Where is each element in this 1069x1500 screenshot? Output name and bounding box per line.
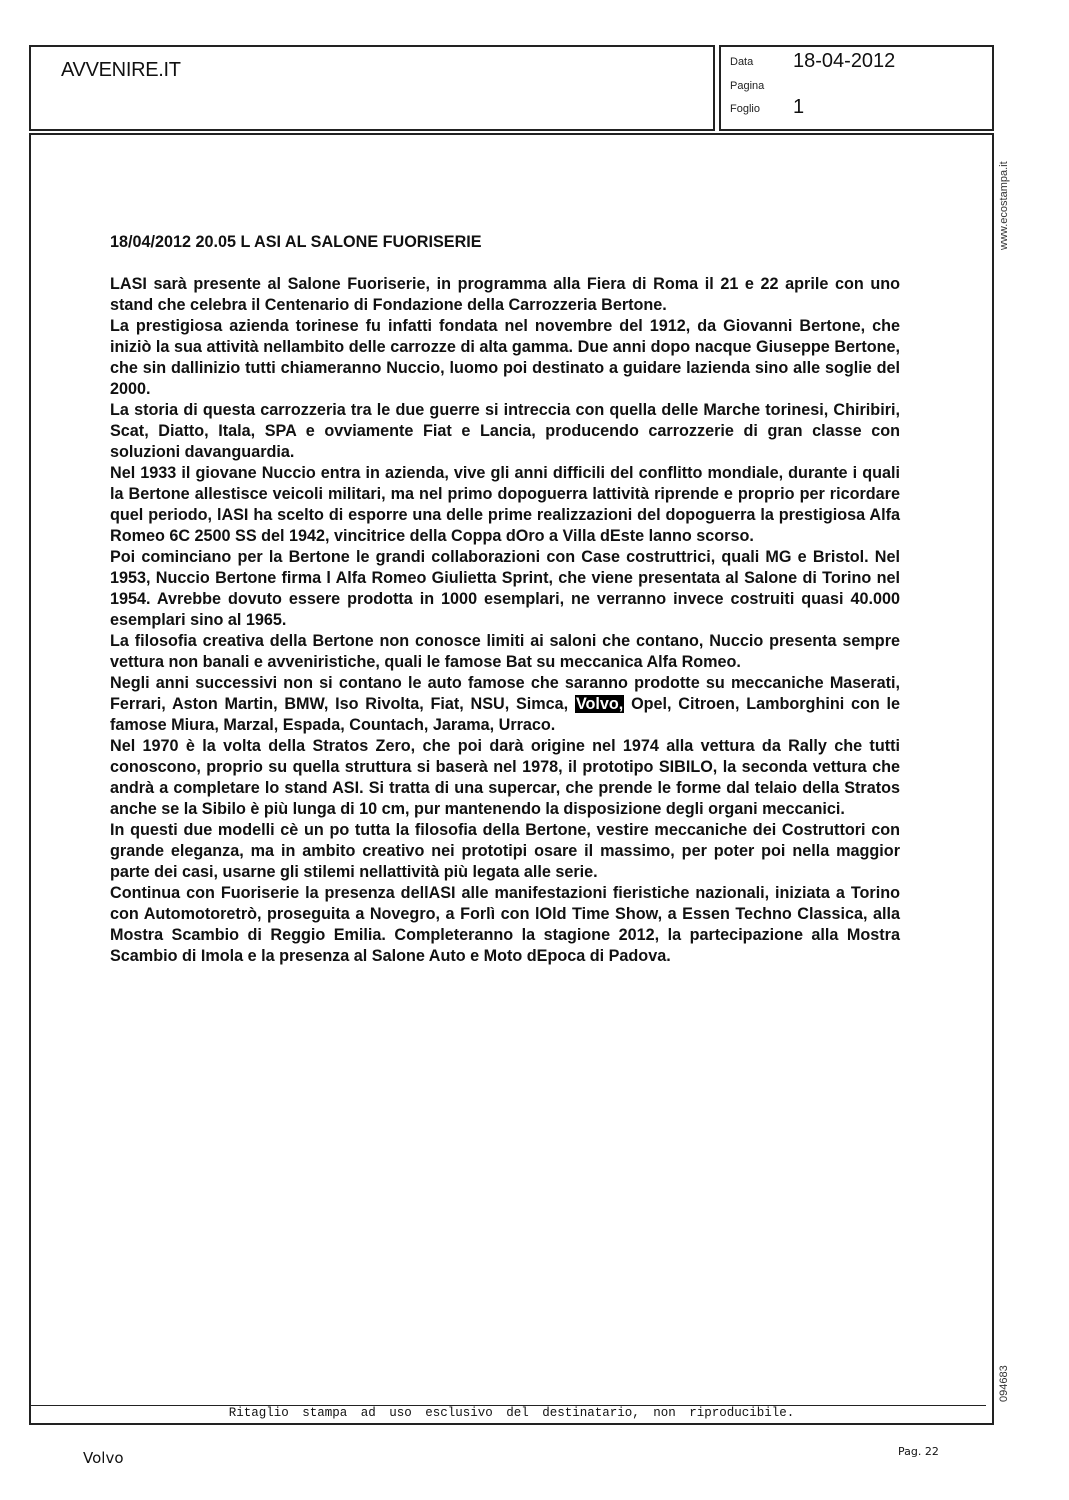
paragraph: In questi due modelli cè un po tutta la … bbox=[110, 820, 900, 883]
paragraph: La storia di questa carrozzeria tra le d… bbox=[110, 400, 900, 463]
page-label: Pagina bbox=[730, 80, 764, 92]
website-watermark: www.ecostampa.it bbox=[998, 161, 1010, 250]
paragraph: Negli anni successivi non si contano le … bbox=[110, 673, 900, 736]
paragraph: Nel 1970 è la volta della Stratos Zero, … bbox=[110, 736, 900, 820]
page-number: Pag. 22 bbox=[898, 1445, 939, 1458]
article-body: 18/04/2012 20.05 L ASI AL SALONE FUORISE… bbox=[110, 232, 900, 967]
keyword-highlight: Volvo, bbox=[575, 695, 624, 713]
source-title: AVVENIRE.IT bbox=[61, 59, 181, 82]
paragraph: La filosofia creativa della Bertone non … bbox=[110, 631, 900, 673]
disclaimer: Ritaglio stampa ad uso esclusivo del des… bbox=[29, 1406, 994, 1420]
paragraph: La prestigiosa azienda torinese fu infat… bbox=[110, 316, 900, 400]
header-source-box: AVVENIRE.IT bbox=[29, 45, 715, 131]
date-value: 18-04-2012 bbox=[793, 50, 895, 73]
clipping-code: 094683 bbox=[998, 1365, 1010, 1402]
article-title: 18/04/2012 20.05 L ASI AL SALONE FUORISE… bbox=[110, 232, 900, 253]
sheet-value: 1 bbox=[793, 96, 804, 119]
sheet-label: Foglio bbox=[730, 103, 760, 115]
footer-keyword: Volvo bbox=[83, 1449, 124, 1467]
paragraph: LASI sarà presente al Salone Fuoriserie,… bbox=[110, 274, 900, 316]
header-meta-box: Data 18-04-2012 Pagina Foglio 1 bbox=[719, 45, 994, 131]
paragraph: Continua con Fuoriserie la presenza dell… bbox=[110, 883, 900, 967]
paragraph: Nel 1933 il giovane Nuccio entra in azie… bbox=[110, 463, 900, 547]
paragraph: Poi cominciano per la Bertone le grandi … bbox=[110, 547, 900, 631]
date-label: Data bbox=[730, 56, 753, 68]
